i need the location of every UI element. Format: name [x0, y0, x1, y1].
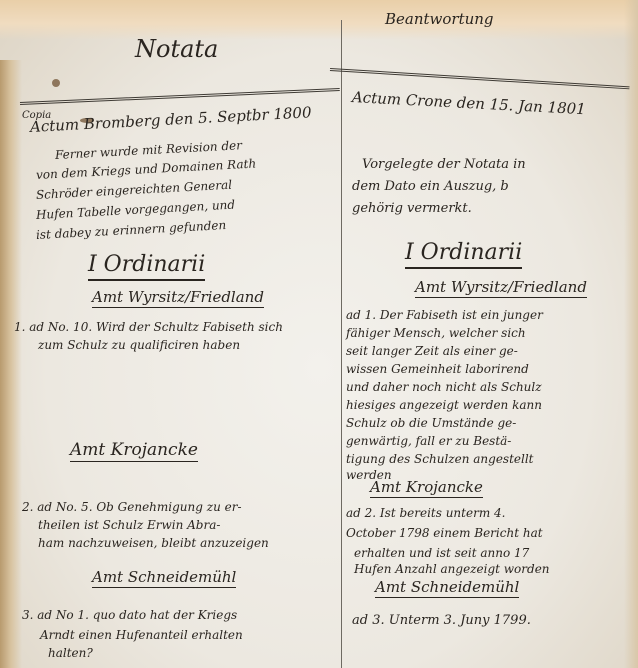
left-subsection-heading: Amt Wyrsitz/Friedland	[92, 288, 264, 308]
right-entry-line: tigung des Schulzen angestellt	[346, 452, 534, 466]
left-subsection-heading: Amt Krojancke	[70, 440, 198, 462]
binding-edge	[0, 60, 22, 668]
right-entry-line: fähiger Mensch, welcher sich	[346, 326, 526, 340]
right-subsection-heading: Amt Wyrsitz/Friedland	[415, 278, 587, 298]
header-rule-right	[330, 68, 630, 89]
manuscript-page: Notata Copia Actum Bromberg den 5. Septb…	[0, 0, 638, 668]
right-section-heading: I Ordinarii	[405, 240, 522, 269]
right-entry-line: October 1798 einem Bericht hat	[346, 526, 543, 540]
left-intro-line: ist dabey zu erinnern gefunden	[36, 218, 227, 242]
page-edge	[624, 0, 638, 668]
right-entry-line: wissen Gemeinheit laborirend	[346, 362, 529, 376]
right-entry-line: hiesiges angezeigt werden kann	[346, 398, 542, 412]
left-entry-line: Arndt einen Hufenanteil erhalten	[40, 628, 243, 642]
ink-blot	[52, 79, 60, 87]
left-entry-line: 2. ad No. 5. Ob Genehmigung zu er-	[22, 500, 242, 514]
right-title: Beantwortung	[385, 10, 494, 28]
left-entry-line: 3. ad No 1. quo dato hat der Kriegs	[22, 608, 237, 622]
left-entry-line: zum Schulz zu qualificiren haben	[38, 338, 240, 352]
right-subsection-heading: Amt Schneidemühl	[375, 578, 519, 598]
left-entry-line: theilen ist Schulz Erwin Abra-	[38, 518, 220, 532]
left-entry-line: halten?	[48, 646, 93, 660]
left-entry-line: 1. ad No. 10. Wird der Schultz Fabiseth …	[14, 320, 283, 334]
left-title: Notata	[135, 35, 218, 63]
right-intro-line: Vorgelegte der Notata in	[362, 158, 526, 172]
right-intro-line: dem Dato ein Auszug, b	[352, 180, 509, 194]
left-subsection-heading: Amt Schneidemühl	[92, 568, 236, 588]
left-section-heading: I Ordinarii	[88, 252, 205, 281]
right-entry-line: Schulz ob die Umstände ge-	[346, 416, 516, 430]
left-dateline: Actum Bromberg den 5. Septbr 1800	[30, 103, 312, 136]
right-subsection-heading: Amt Krojancke	[370, 478, 483, 498]
right-entry-line: seit langer Zeit als einer ge-	[346, 344, 518, 358]
right-entry-line: erhalten und ist seit anno 17	[354, 546, 529, 560]
right-entry-line: Hufen Anzahl angezeigt worden	[354, 562, 550, 576]
right-entry-line: ad 3. Unterm 3. Juny 1799.	[352, 614, 531, 628]
right-entry-line: genwärtig, fall er zu Bestä-	[346, 434, 511, 448]
torn-top-edge	[0, 0, 638, 40]
header-rule-left	[20, 88, 340, 105]
right-intro-line: gehörig vermerkt.	[352, 202, 472, 216]
right-entry-line: ad 1. Der Fabiseth ist ein junger	[346, 308, 543, 322]
left-entry-line: ham nachzuweisen, bleibt anzuzeigen	[38, 536, 269, 550]
right-dateline: Actum Crone den 15. Jan 1801	[352, 88, 587, 118]
column-divider	[341, 20, 342, 668]
right-entry-line: und daher noch nicht als Schulz	[346, 380, 542, 394]
right-entry-line: ad 2. Ist bereits unterm 4.	[346, 506, 505, 520]
